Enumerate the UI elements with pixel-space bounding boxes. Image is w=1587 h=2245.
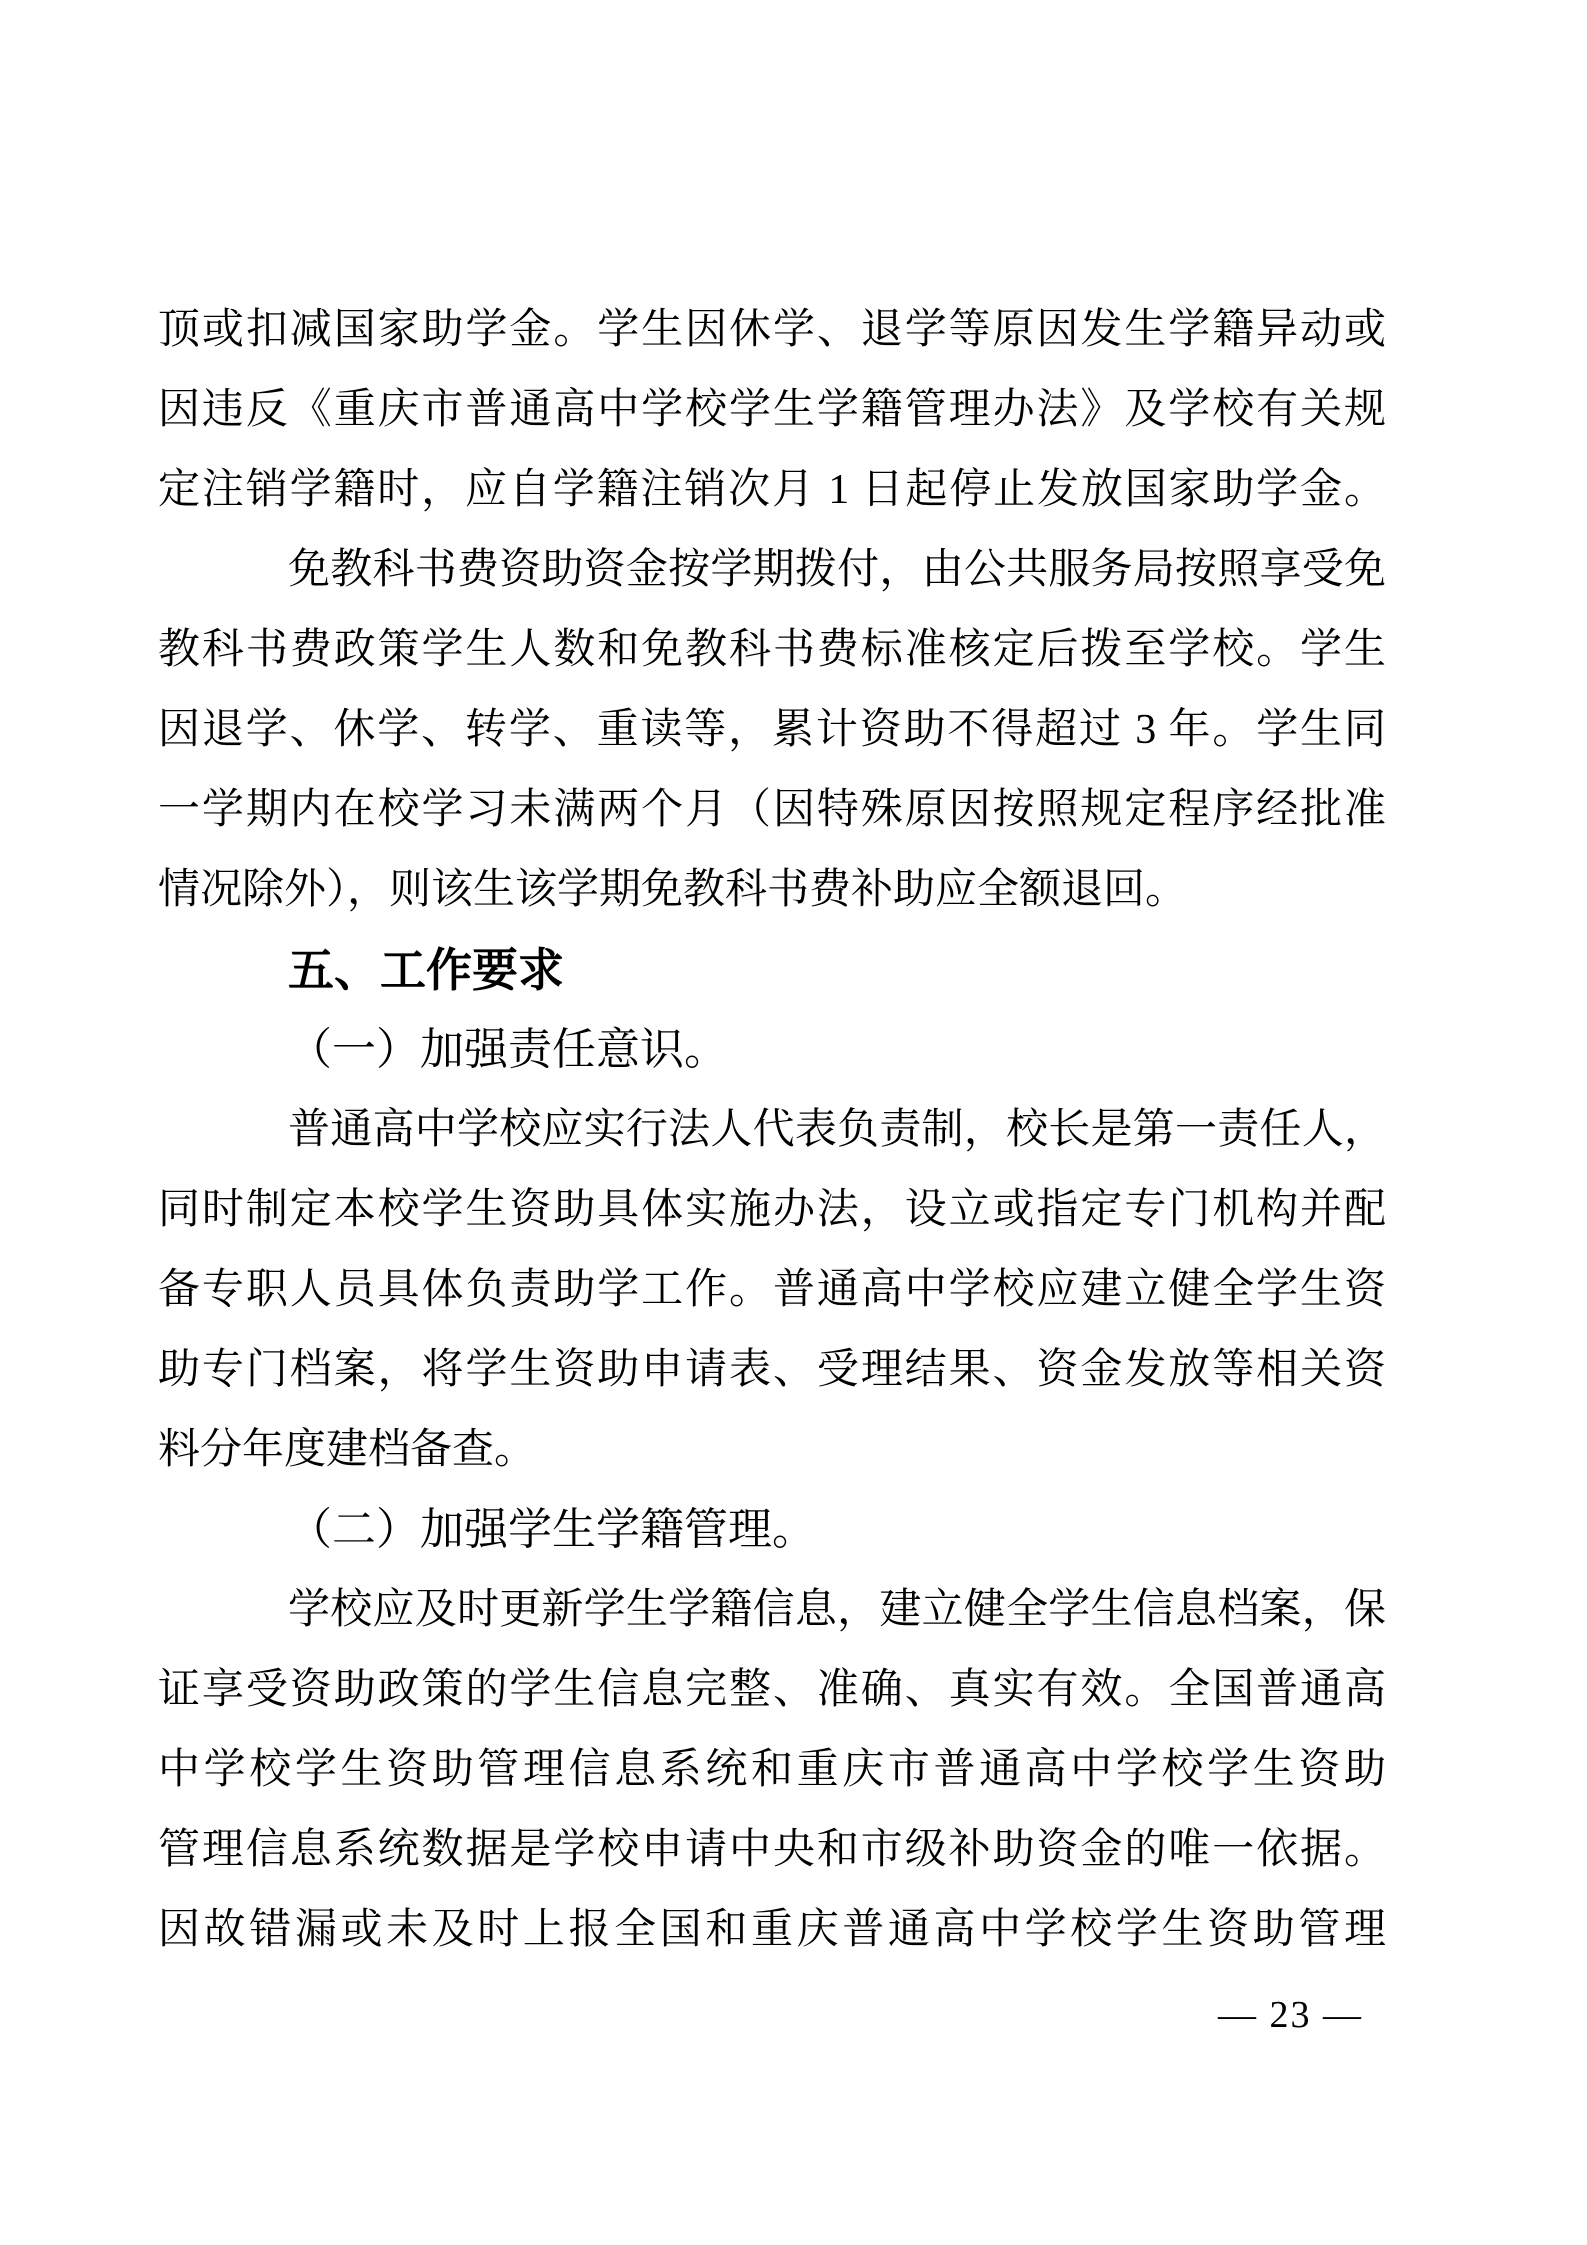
document-line: 同时制定本校学生资助具体实施办法，设立或指定专门机构并配 xyxy=(158,1170,1386,1250)
document-line: 教科书费政策学生人数和免教科书费标准核定后拨至学校。学生 xyxy=(158,610,1386,690)
document-line: 管理信息系统数据是学校申请中央和市级补助资金的唯一依据。 xyxy=(158,1810,1386,1890)
document-line: 料分年度建档备查。 xyxy=(158,1410,1386,1490)
text-block: 顶或扣减国家助学金。学生因休学、退学等原因发生学籍异动或因违反《重庆市普通高中学… xyxy=(158,290,1386,1970)
document-line: 因故错漏或未及时上报全国和重庆普通高中学校学生资助管理 xyxy=(158,1890,1386,1970)
document-line: 免教科书费资助资金按学期拨付，由公共服务局按照享受免 xyxy=(158,530,1386,610)
document-line: 定注销学籍时，应自学籍注销次月 1 日起停止发放国家助学金。 xyxy=(158,450,1386,530)
document-line: 备专职人员具体负责助学工作。普通高中学校应建立健全学生资 xyxy=(158,1250,1386,1330)
document-line: 普通高中学校应实行法人代表负责制，校长是第一责任人， xyxy=(158,1090,1386,1170)
document-line: （一）加强责任意识。 xyxy=(158,1010,1386,1090)
document-line: 学校应及时更新学生学籍信息，建立健全学生信息档案，保 xyxy=(158,1570,1386,1650)
document-line: （二）加强学生学籍管理。 xyxy=(158,1490,1386,1570)
document-line: 因违反《重庆市普通高中学校学生学籍管理办法》及学校有关规 xyxy=(158,370,1386,450)
document-line: 顶或扣减国家助学金。学生因休学、退学等原因发生学籍异动或 xyxy=(158,290,1386,370)
page-number: — 23 — xyxy=(1218,1988,1363,2042)
document-line: 中学校学生资助管理信息系统和重庆市普通高中学校学生资助 xyxy=(158,1730,1386,1810)
document-line: 助专门档案，将学生资助申请表、受理结果、资金发放等相关资 xyxy=(158,1330,1386,1410)
document-line: 情况除外），则该生该学期免教科书费补助应全额退回。 xyxy=(158,850,1386,930)
document-line: 五、工作要求 xyxy=(158,930,1386,1010)
document-line: 证享受资助政策的学生信息完整、准确、真实有效。全国普通高 xyxy=(158,1650,1386,1730)
document-page: 顶或扣减国家助学金。学生因休学、退学等原因发生学籍异动或因违反《重庆市普通高中学… xyxy=(0,0,1587,2245)
document-line: 一学期内在校学习未满两个月（因特殊原因按照规定程序经批准 xyxy=(158,770,1386,850)
document-line: 因退学、休学、转学、重读等，累计资助不得超过 3 年。学生同 xyxy=(158,690,1386,770)
